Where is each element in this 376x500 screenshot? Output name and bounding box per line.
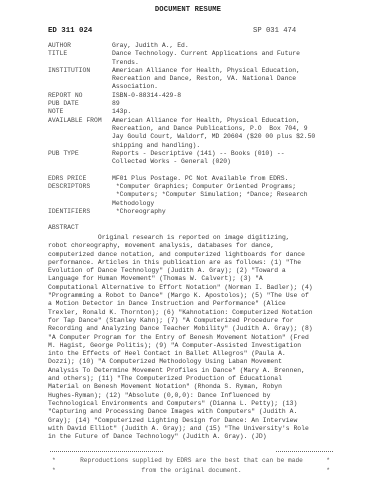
footer-text: Reproductions supplied by EDRS are the b…	[50, 457, 333, 465]
field-author: AUTHOR Gray, Judith A., Ed.	[48, 42, 348, 50]
field-label: EDRS PRICE	[48, 175, 112, 183]
field-label: NOTE	[48, 108, 112, 116]
field-note: NOTE 143p.	[48, 108, 348, 116]
field-label: IDENTIFIERS	[48, 208, 112, 216]
asterisk: *	[326, 467, 330, 475]
rule-left	[50, 451, 163, 453]
field-pub-type: PUB TYPE Reports - Descriptive (141) -- …	[48, 150, 348, 167]
field-value: MF01 Plus Postage. PC Not Available from…	[112, 175, 348, 183]
field-available-from: AVAILABLE FROM American Alliance for Hea…	[48, 117, 348, 150]
field-value: Reports - Descriptive (141) -- Books (01…	[112, 150, 348, 167]
document-title: DOCUMENT RESUME	[0, 6, 376, 14]
rule-right	[276, 451, 333, 453]
field-edrs-price: EDRS PRICE MF01 Plus Postage. PC Not Ava…	[48, 175, 348, 183]
field-label: AVAILABLE FROM	[48, 117, 112, 150]
field-value: American Alliance for Health, Physical E…	[112, 117, 348, 150]
field-label: TITLE	[48, 50, 112, 67]
asterisk: *	[326, 457, 330, 465]
field-value: American Alliance for Health, Physical E…	[112, 67, 348, 92]
field-value: ISBN-0-88314-429-8	[112, 92, 348, 100]
field-label: REPORT NO	[48, 92, 112, 100]
field-value: 143p.	[112, 108, 348, 116]
field-pub-date: PUB DATE 89	[48, 100, 348, 108]
field-value: 89	[112, 100, 348, 108]
field-value: *Computer Graphics; Computer Oriented Pr…	[112, 183, 348, 208]
footer-divider	[50, 451, 333, 454]
sp-number: SP 031 474	[253, 27, 296, 35]
field-label: INSTITUTION	[48, 67, 112, 92]
field-institution: INSTITUTION American Alliance for Health…	[48, 67, 348, 92]
field-label: PUB DATE	[48, 100, 112, 108]
abstract-text: Original research is reported on image d…	[48, 234, 338, 441]
field-value: Dance Technology. Current Applications a…	[112, 50, 348, 67]
document-page: DOCUMENT RESUME ED 311 024 SP 031 474 AU…	[0, 0, 376, 500]
field-title: TITLE Dance Technology. Current Applicat…	[48, 50, 348, 67]
abstract-label: ABSTRACT	[48, 224, 79, 231]
footer-text: from the original document.	[50, 467, 333, 475]
field-report-no: REPORT NO ISBN-0-88314-429-8	[48, 92, 348, 100]
ed-number: ED 311 024	[48, 27, 92, 35]
field-label: AUTHOR	[48, 42, 112, 50]
field-label: DESCRIPTORS	[48, 183, 112, 208]
spacer	[48, 166, 348, 174]
metadata-fields: AUTHOR Gray, Judith A., Ed. TITLE Dance …	[48, 42, 348, 216]
field-value: Gray, Judith A., Ed.	[112, 42, 348, 50]
field-label: PUB TYPE	[48, 150, 112, 167]
field-descriptors: DESCRIPTORS *Computer Graphics; Computer…	[48, 183, 348, 208]
field-identifiers: IDENTIFIERS *Choreography	[48, 208, 348, 216]
field-value: *Choreography	[112, 208, 348, 216]
